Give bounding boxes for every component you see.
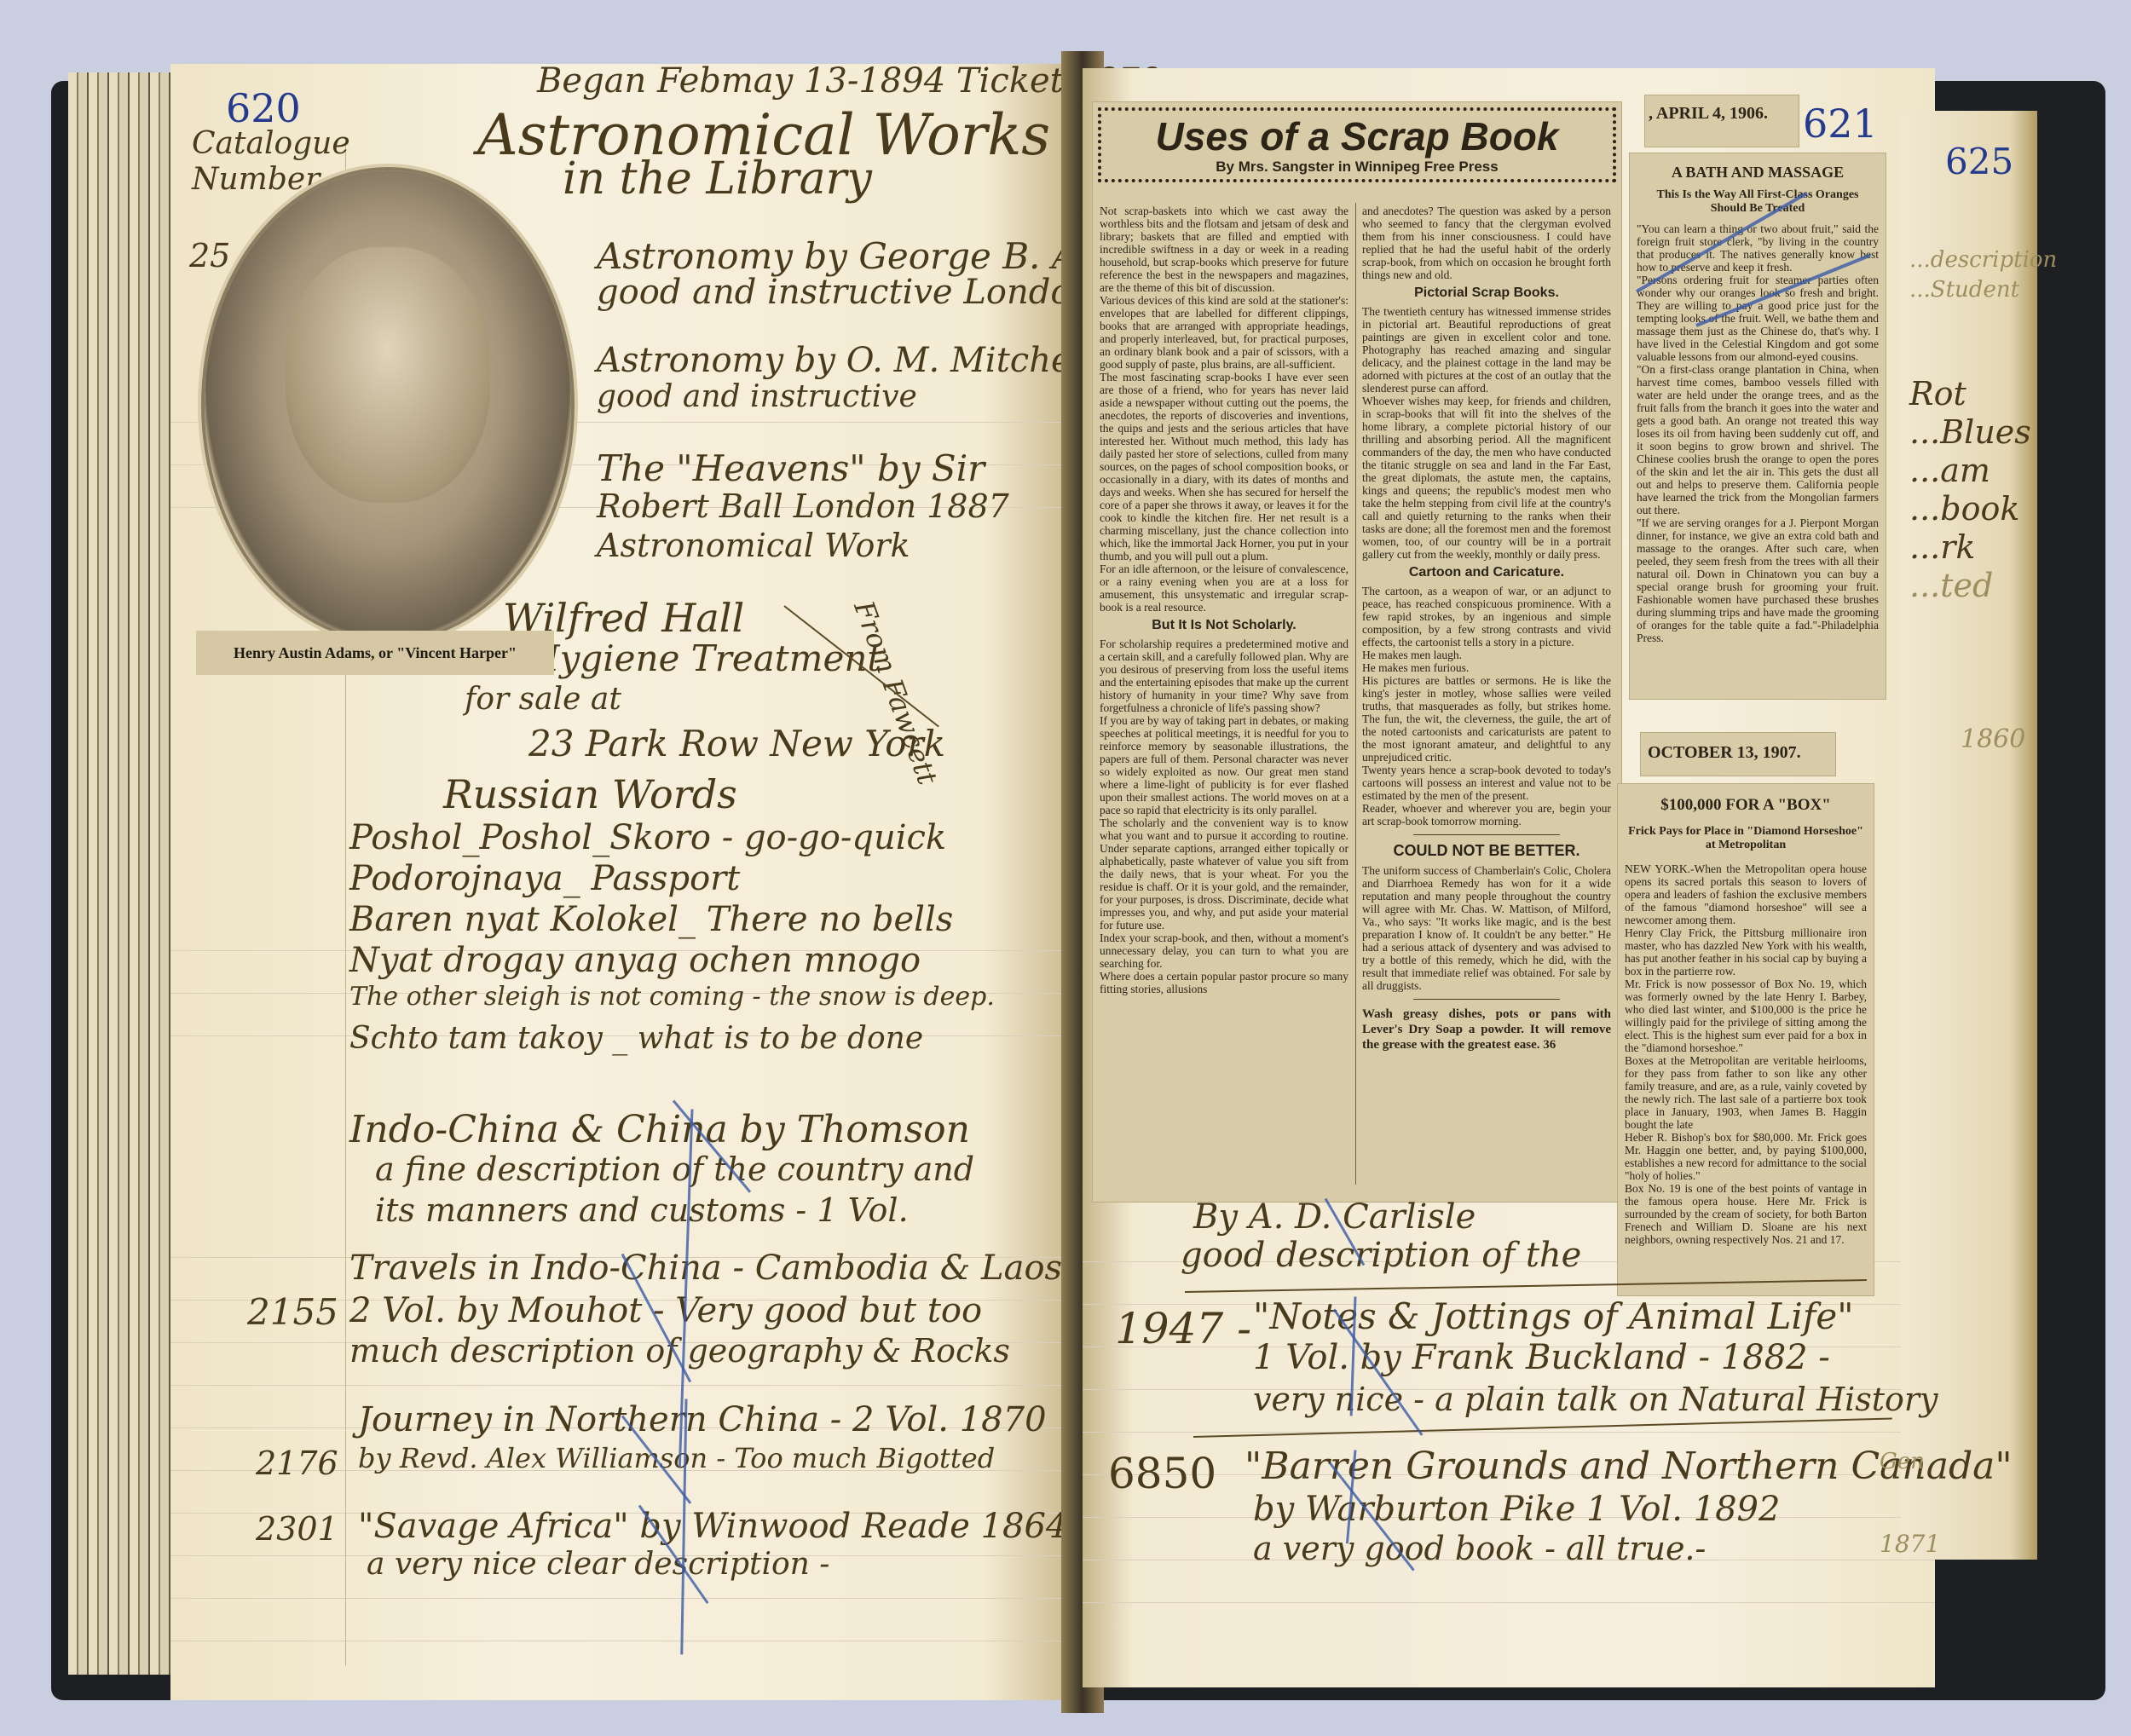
russian-word-line: Schto tam takoy _ what is to be done — [349, 1021, 923, 1056]
article-paragraph: Not scrap-baskets into which we cast awa… — [1100, 205, 1348, 294]
clipping-title-box: Uses of a Scrap Book By Mrs. Sangster in… — [1098, 107, 1616, 182]
clipping-subtitle: Frick Pays for Place in "Diamond Horsesh… — [1626, 825, 1865, 852]
article-paragraph: NEW YORK.-When the Metropolitan opera ho… — [1625, 862, 1867, 926]
book-entry-line: Journey in Northern China - 2 Vol. 1870 — [358, 1400, 1047, 1439]
right-entry-number: 1947 - — [1115, 1304, 1251, 1353]
entry-line: The "Heavens" by Sir — [597, 447, 985, 489]
clipping-column-1: Not scrap-baskets into which we cast awa… — [1100, 205, 1348, 995]
russian-word-line: Poshol_Poshol_Skoro - go-go-quick — [349, 818, 946, 857]
portrait-caption: Henry Austin Adams, or "Vincent Harper" — [196, 631, 554, 675]
portrait-clipping — [205, 170, 571, 639]
book-entry-number: 2155 — [247, 1291, 338, 1333]
page-edges — [68, 72, 188, 1675]
book-entry-line: a very nice clear description - — [367, 1547, 829, 1582]
far-right-fragment: ...rk — [1909, 528, 1975, 566]
russian-word-line: Nyat drogay anyag ochen mnogo — [349, 941, 921, 980]
clipping-date: OCTOBER 13, 1907. — [1641, 733, 1835, 773]
book-entry-line: by Revd. Alex Williamson - Too much Bigo… — [358, 1442, 995, 1474]
book-entry-line: its manners and customs - 1 Vol. — [375, 1191, 909, 1229]
article-paragraph: The most fascinating scrap-books I have … — [1100, 371, 1348, 562]
right-entry-line: "Notes & Jottings of Animal Life" — [1253, 1295, 1854, 1337]
article-paragraph: Index your scrap-book, and then, without… — [1100, 931, 1348, 970]
book-entry-line: Travels in Indo-China - Cambodia & Laos … — [349, 1249, 1084, 1288]
right-entry-line: good description of the — [1181, 1236, 1581, 1275]
soap-ad: Wash greasy dishes, pots or pans with Le… — [1362, 1006, 1611, 1053]
book-entry-line: "Savage Africa" by Winwood Reade 1864 — [358, 1507, 1067, 1546]
entry-line: 23 Park Row New York — [528, 723, 945, 764]
far-right-fragment: ...Student — [1909, 277, 2019, 303]
far-right-fragment: ...Blues — [1909, 413, 2031, 451]
entry-number: 25. — [189, 237, 240, 274]
entry-line: Robert Ball London 1887 — [597, 487, 1009, 525]
far-right-fragment: 1860 — [1961, 724, 2025, 754]
portrait-face — [286, 247, 490, 503]
article-subhead: Cartoon and Caricature. — [1362, 565, 1611, 580]
entry-line: good and instructive London — [597, 273, 1093, 312]
right-entry-line: by Warburton Pike 1 Vol. 1892 — [1253, 1490, 1780, 1529]
page-number-621: 621 — [1803, 101, 1878, 147]
entry-line: Astronomical Work — [597, 527, 910, 564]
clipping-title: Uses of a Scrap Book — [1110, 114, 1604, 159]
article-paragraph: and anecdotes? The question was asked by… — [1362, 205, 1611, 281]
article-paragraph: "On a first-class orange plantation in C… — [1637, 363, 1879, 516]
russian-word-line: Baren nyat Kolokel_ There no bells — [349, 900, 953, 939]
book-entry-line: Indo-China & China by Thomson — [349, 1108, 970, 1151]
far-right-fragment: 1871 — [1880, 1530, 1940, 1558]
article-paragraph: His pictures are battles or sermons. He … — [1362, 674, 1611, 764]
article-subhead: But It Is Not Scholarly. — [1100, 618, 1348, 633]
article-paragraph: Mr. Frick is now possessor of Box No. 19… — [1625, 978, 1867, 1054]
clipping-100000-for-a-box: $100,000 FOR A "BOX" Frick Pays for Plac… — [1618, 784, 1874, 1295]
clipping-date-april-1906: , APRIL 4, 1906. — [1645, 95, 1799, 147]
article-paragraph: Twenty years hence a scrap-book devoted … — [1362, 764, 1611, 802]
russian-word-line: Podorojnaya_ Passport — [349, 859, 740, 898]
article-paragraph: He makes men furious. — [1362, 661, 1611, 674]
clipping-date: , APRIL 4, 1906. — [1645, 95, 1799, 132]
article-paragraph: Whoever wishes may keep, for friends and… — [1362, 395, 1611, 561]
article-paragraph: "Persons ordering fruit for steamer part… — [1637, 274, 1879, 363]
right-entry-line: a very good book - all true.- — [1253, 1530, 1706, 1567]
article-paragraph: Boxes at the Metropolitan are veritable … — [1625, 1054, 1867, 1131]
far-right-fragment: ...am — [1909, 452, 1990, 489]
right-entry-number: 6850 — [1108, 1449, 1216, 1498]
russian-word-line: The other sleigh is not coming - the sno… — [349, 982, 995, 1012]
article-paragraph: Where does a certain popular pastor proc… — [1100, 970, 1348, 995]
article-paragraph: Box No. 19 is one of the best points of … — [1625, 1182, 1867, 1246]
article-paragraph: Various devices of this kind are sold at… — [1100, 294, 1348, 371]
margin-label-number: Number — [192, 162, 320, 197]
far-right-fragment: ...book — [1909, 490, 2019, 528]
clipping-date-october-1907: OCTOBER 13, 1907. — [1641, 733, 1835, 776]
clipping-column-2: and anecdotes? The question was asked by… — [1362, 205, 1611, 1053]
book-entry-number: 2301 — [256, 1510, 338, 1548]
article-paragraph: For scholarship requires a predetermined… — [1100, 637, 1348, 714]
far-right-fragment: Gen — [1880, 1449, 1925, 1474]
page-number-620: 620 — [226, 85, 301, 131]
book-entry-number: 2176 — [256, 1445, 338, 1482]
clipping-uses-of-a-scrap-book: Uses of a Scrap Book By Mrs. Sangster in… — [1093, 102, 1621, 1202]
far-right-page — [1901, 111, 2037, 1560]
article-paragraph: Henry Clay Frick, the Pittsburg milliona… — [1625, 926, 1867, 978]
book-entry-line: a fine description of the country and — [375, 1151, 974, 1188]
page-number-625: 625 — [1945, 141, 2013, 182]
ad-title: COULD NOT BE BETTER. — [1362, 842, 1611, 860]
right-entry-line: 1 Vol. by Frank Buckland - 1882 - — [1253, 1338, 1830, 1377]
clipping-title: $100,000 FOR A "BOX" — [1618, 796, 1874, 815]
article-paragraph: If you are by way of taking part in deba… — [1100, 714, 1348, 816]
entry-line: good and instructive — [597, 379, 917, 414]
clipping-title: A BATH AND MASSAGE — [1630, 164, 1886, 182]
russian-words-title: Russian Words — [443, 771, 737, 817]
article-paragraph: The cartoon, as a weapon of war, or an a… — [1362, 585, 1611, 649]
entry-line: Hygiene Treatment — [528, 637, 881, 679]
clipping-subtitle: This Is the Way All First-Class Oranges … — [1638, 188, 1877, 216]
article-paragraph: Reader, whoever and wherever you are, be… — [1362, 802, 1611, 828]
article-paragraph: He makes men laugh. — [1362, 649, 1611, 661]
article-paragraph: For an idle afternoon, or the leisure of… — [1100, 562, 1348, 614]
clipping-byline: By Mrs. Sangster in Winnipeg Free Press — [1110, 159, 1604, 176]
article-subhead: Pictorial Scrap Books. — [1362, 285, 1611, 301]
entry-line: for sale at — [465, 682, 621, 717]
article-paragraph: "If we are serving oranges for a J. Pier… — [1637, 516, 1879, 644]
left-page-heading-line2: in the Library — [563, 153, 872, 205]
article-paragraph: Heber R. Bishop's box for $80,000. Mr. F… — [1625, 1131, 1867, 1182]
book-entry-line: 2 Vol. by Mouhot - Very good but too — [349, 1291, 982, 1330]
article-paragraph: The twentieth century has witnessed imme… — [1362, 305, 1611, 395]
clipping-bath-and-massage: A BATH AND MASSAGE This Is the Way All F… — [1630, 153, 1886, 699]
margin-label-catalogue: Catalogue — [192, 126, 350, 161]
right-entry-line: very nice - a plain talk on Natural Hist… — [1253, 1381, 1938, 1418]
far-right-fragment: ...ted — [1909, 567, 1993, 604]
article-paragraph: The scholarly and the convenient way is … — [1100, 816, 1348, 931]
far-right-fragment: ...description — [1909, 247, 2057, 273]
ad-text: The uniform success of Chamberlain's Col… — [1362, 864, 1611, 992]
far-right-fragment: Rot — [1909, 375, 1966, 412]
